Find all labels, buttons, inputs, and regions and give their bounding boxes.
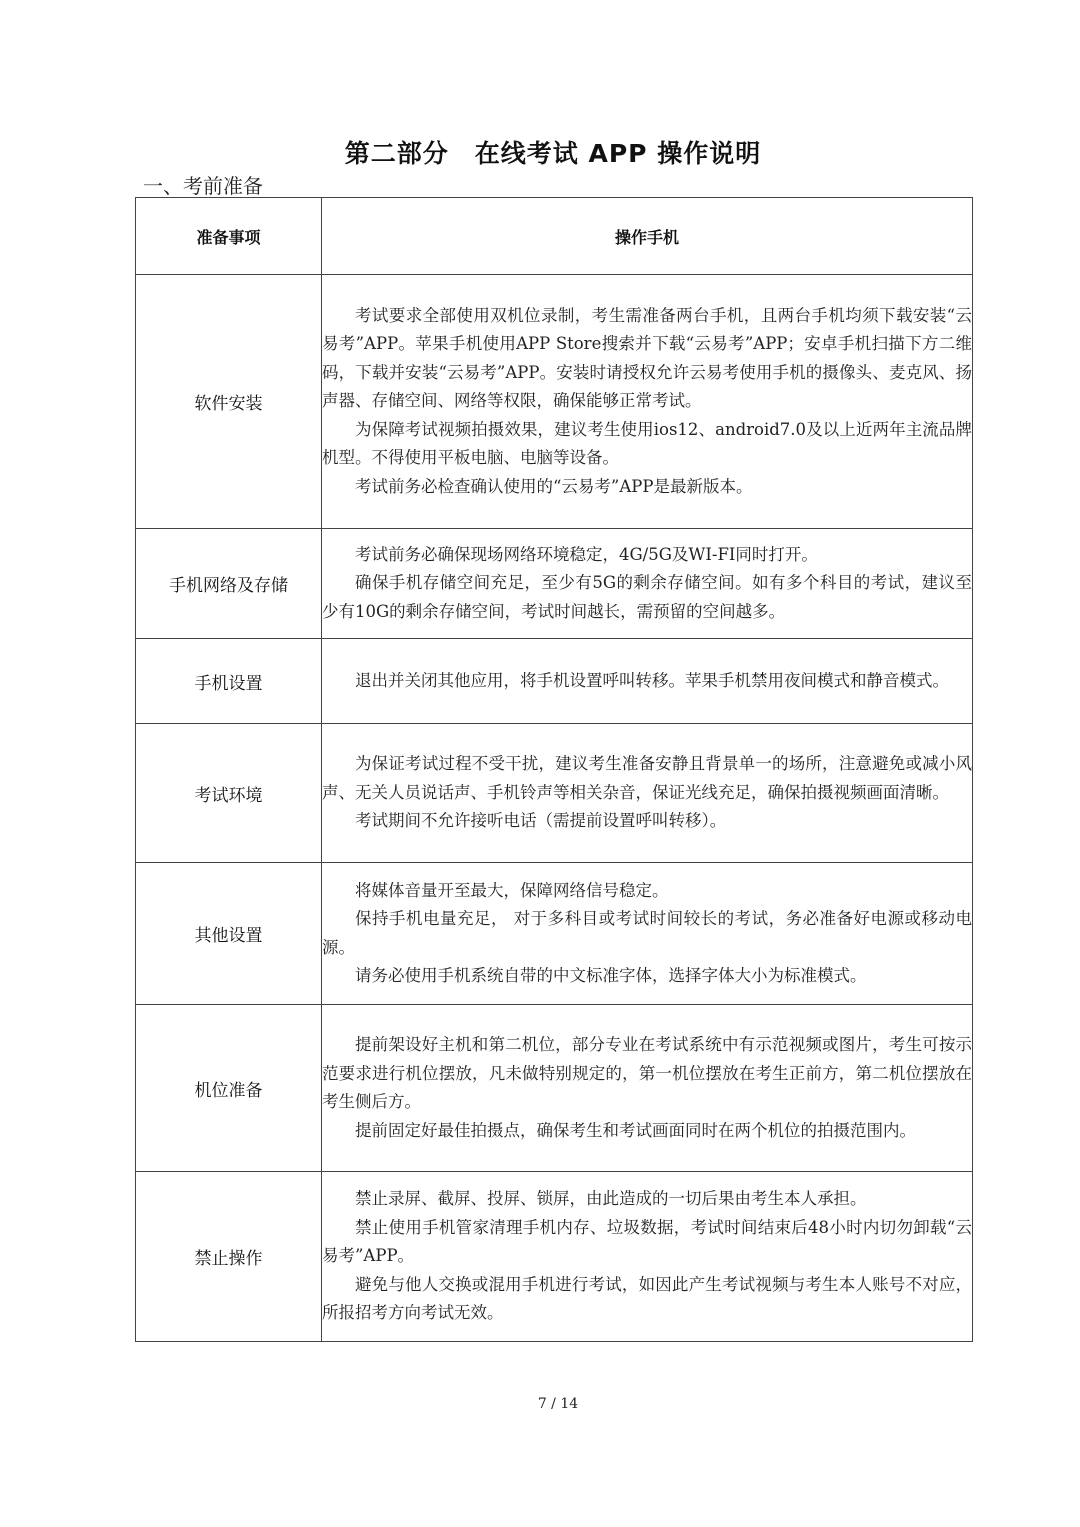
paragraph: 考试前务必检查确认使用的“云易考”APP是最新版本。 [322, 473, 972, 502]
row-description: 退出并关闭其他应用，将手机设置呼叫转移。苹果手机禁用夜间模式和静音模式。 [322, 639, 973, 724]
row-description: 提前架设好主机和第二机位，部分专业在考试系统中有示范视频或图片，考生可按示范要求… [322, 1005, 973, 1172]
row-label: 手机设置 [136, 639, 322, 724]
row-description: 考试前务必确保现场网络环境稳定，4G/5G及WI-FI同时打开。 确保手机存储空… [322, 529, 973, 639]
paragraph: 考试要求全部使用双机位录制，考生需准备两台手机，且两台手机均须下载安装“云易考”… [322, 302, 972, 416]
section-heading: 一、考前准备 [143, 170, 263, 199]
row-description: 为保证考试过程不受干扰，建议考生准备安静且背景单一的场所，注意避免或减小风声、无… [322, 724, 973, 863]
row-description: 将媒体音量开至最大，保障网络信号稳定。 保持手机电量充足， 对于多科目或考试时间… [322, 863, 973, 1005]
paragraph: 退出并关闭其他应用，将手机设置呼叫转移。苹果手机禁用夜间模式和静音模式。 [322, 667, 972, 696]
paragraph: 请务必使用手机系统自带的中文标准字体，选择字体大小为标准模式。 [322, 962, 972, 991]
table-row-phone-settings: 手机设置 退出并关闭其他应用，将手机设置呼叫转移。苹果手机禁用夜间模式和静音模式… [136, 639, 973, 724]
row-label: 其他设置 [136, 863, 322, 1005]
row-label: 软件安装 [136, 275, 322, 529]
paragraph: 为保证考试过程不受干扰，建议考生准备安静且背景单一的场所，注意避免或减小风声、无… [322, 750, 972, 807]
table-row-software-install: 软件安装 考试要求全部使用双机位录制，考生需准备两台手机，且两台手机均须下载安装… [136, 275, 973, 529]
table-header-row: 准备事项 操作手机 [136, 198, 973, 275]
paragraph: 禁止录屏、截屏、投屏、锁屏，由此造成的一切后果由考生本人承担。 [322, 1185, 972, 1214]
table-row-network-storage: 手机网络及存储 考试前务必确保现场网络环境稳定，4G/5G及WI-FI同时打开。… [136, 529, 973, 639]
paragraph: 为保障考试视频拍摄效果，建议考生使用ios12、android7.0及以上近两年… [322, 416, 972, 473]
paragraph: 确保手机存储空间充足，至少有5G的剩余存储空间。如有多个科目的考试，建议至少有1… [322, 569, 972, 626]
row-description: 禁止录屏、截屏、投屏、锁屏，由此造成的一切后果由考生本人承担。 禁止使用手机管家… [322, 1172, 973, 1342]
page-number: 7 / 14 [0, 1396, 1080, 1412]
paragraph: 保持手机电量充足， 对于多科目或考试时间较长的考试，务必准备好电源或移动电源。 [322, 905, 972, 962]
paragraph: 考试前务必确保现场网络环境稳定，4G/5G及WI-FI同时打开。 [322, 541, 972, 570]
table-row-other-settings: 其他设置 将媒体音量开至最大，保障网络信号稳定。 保持手机电量充足， 对于多科目… [136, 863, 973, 1005]
paragraph: 考试期间不允许接听电话（需提前设置呼叫转移）。 [322, 807, 972, 836]
row-label: 禁止操作 [136, 1172, 322, 1342]
row-description: 考试要求全部使用双机位录制，考生需准备两台手机，且两台手机均须下载安装“云易考”… [322, 275, 973, 529]
table-row-camera-position: 机位准备 提前架设好主机和第二机位，部分专业在考试系统中有示范视频或图片，考生可… [136, 1005, 973, 1172]
paragraph: 避免与他人交换或混用手机进行考试，如因此产生考试视频与考生本人账号不对应，所报招… [322, 1271, 972, 1328]
table-row-prohibited-operations: 禁止操作 禁止录屏、截屏、投屏、锁屏，由此造成的一切后果由考生本人承担。 禁止使… [136, 1172, 973, 1342]
page-title: 第二部分 在线考试 APP 操作说明 [0, 134, 1080, 170]
paragraph: 提前架设好主机和第二机位，部分专业在考试系统中有示范视频或图片，考生可按示范要求… [322, 1031, 972, 1117]
column-header-operation: 操作手机 [322, 198, 973, 275]
paragraph: 将媒体音量开至最大，保障网络信号稳定。 [322, 877, 972, 906]
paragraph: 禁止使用手机管家清理手机内存、垃圾数据，考试时间结束后48小时内切勿卸载“云易考… [322, 1214, 972, 1271]
preparation-table: 准备事项 操作手机 软件安装 考试要求全部使用双机位录制，考生需准备两台手机，且… [135, 197, 973, 1342]
table-row-exam-environment: 考试环境 为保证考试过程不受干扰，建议考生准备安静且背景单一的场所，注意避免或减… [136, 724, 973, 863]
paragraph: 提前固定好最佳拍摄点，确保考生和考试画面同时在两个机位的拍摄范围内。 [322, 1117, 972, 1146]
column-header-item: 准备事项 [136, 198, 322, 275]
row-label: 机位准备 [136, 1005, 322, 1172]
row-label: 考试环境 [136, 724, 322, 863]
row-label: 手机网络及存储 [136, 529, 322, 639]
